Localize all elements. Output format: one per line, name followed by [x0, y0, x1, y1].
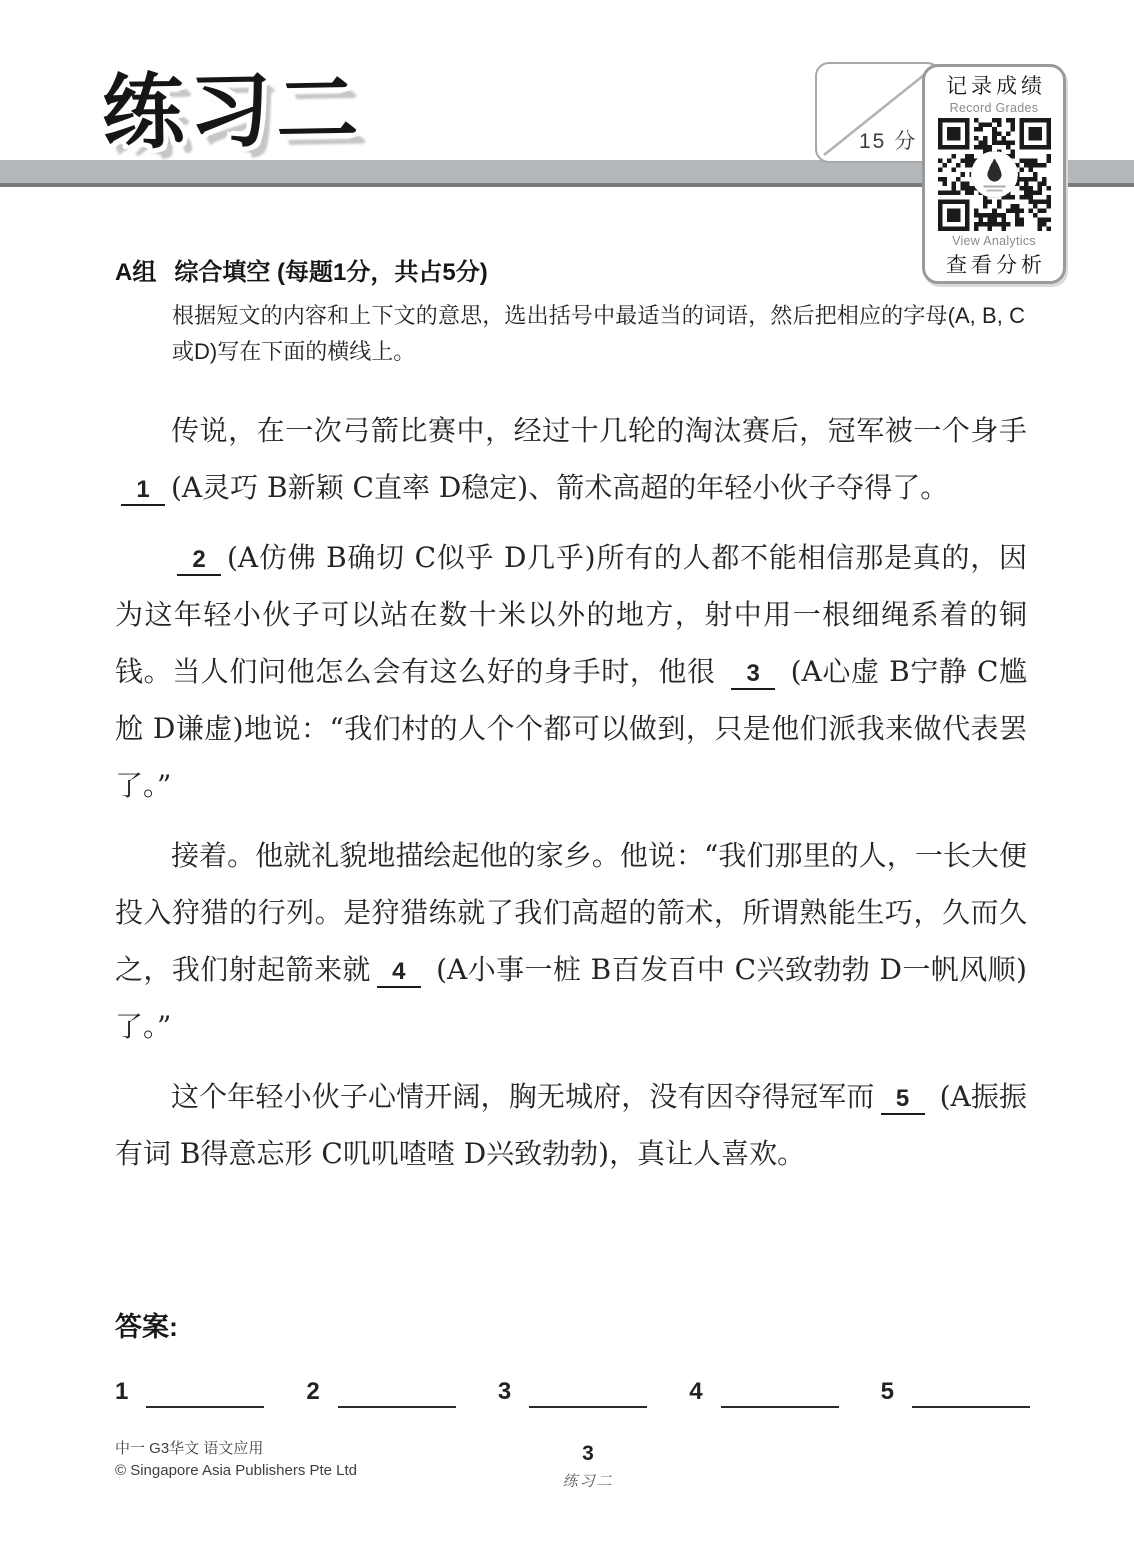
total-marks: 15 分 [859, 125, 917, 155]
answers-section: 答案: 12345 [115, 1305, 1030, 1404]
footer-center: 3 练习二 [543, 1442, 633, 1491]
answer-item-1: 1 [115, 1380, 264, 1404]
passage-paragraph: 这个年轻小伙子心情开阔，胸无城府，没有因夺得冠军而5 (A振振有词 B得意忘形 … [115, 1068, 1027, 1182]
page-number: 3 [543, 1442, 633, 1466]
answer-blank-line [912, 1404, 1030, 1408]
answer-number: 2 [306, 1380, 319, 1404]
fill-in-blank-1: 1 [121, 476, 165, 506]
qr-footer-en: View Analytics [952, 234, 1036, 248]
answer-blank-line [529, 1404, 647, 1408]
section-label: A组 [115, 252, 156, 287]
qr-code [938, 118, 1051, 231]
passage-paragraph: 接着。他就礼貌地描绘起他的家乡。他说：“我们那里的人，一长大便投入狩猎的行列。是… [115, 827, 1027, 1055]
answer-number: 4 [689, 1380, 702, 1404]
fill-in-blank-3: 3 [731, 660, 775, 690]
page-title: 练习二 [101, 44, 364, 166]
qr-footer-zh: 查看分析 [942, 249, 1046, 279]
passage-paragraph: 2(A仿佛 B确切 C似乎 D几乎)所有的人都不能相信那是真的，因为这年轻小伙子… [115, 529, 1027, 814]
answer-number: 5 [881, 1380, 894, 1404]
qr-title-zh: 记录成绩 [942, 70, 1046, 100]
passage-text: (A灵巧 B新颖 C直率 D稳定)、箭术高超的年轻小伙子夺得了。 [171, 471, 948, 504]
main-content: A组 综合填空 (每题1分，共占5分) 根据短文的内容和上下文的意思，选出括号中… [115, 252, 1027, 1195]
passage-text: 传说，在一次弓箭比赛中，经过十几轮的淘汰赛后，冠军被一个身手 [171, 414, 1027, 447]
qr-title-en: Record Grades [950, 101, 1039, 115]
worksheet-page: 练习二 15 分 记录成绩 Record Grades View Analyti… [0, 0, 1134, 1541]
section-instructions: 根据短文的内容和上下文的意思，选出括号中最适当的词语，然后把相应的字母(A, B… [172, 298, 1025, 369]
answer-item-3: 3 [498, 1380, 647, 1404]
answer-item-5: 5 [881, 1380, 1030, 1404]
answers-row: 12345 [115, 1380, 1030, 1404]
page-label: 练习二 [543, 1470, 633, 1491]
answer-number: 1 [115, 1380, 128, 1404]
fill-in-blank-5: 5 [881, 1085, 925, 1115]
passage: 传说，在一次弓箭比赛中，经过十几轮的淘汰赛后，冠军被一个身手1(A灵巧 B新颖 … [115, 402, 1027, 1182]
section-heading: 综合填空 (每题1分，共占5分) [174, 252, 487, 287]
answers-label: 答案: [115, 1305, 1030, 1344]
answer-item-4: 4 [689, 1380, 838, 1404]
passage-paragraph: 传说，在一次弓箭比赛中，经过十几轮的淘汰赛后，冠军被一个身手1(A灵巧 B新颖 … [115, 402, 1027, 516]
section-header: A组 综合填空 (每题1分，共占5分) [115, 252, 1027, 287]
qr-panel: 记录成绩 Record Grades View Analytics 查看分析 [922, 64, 1066, 284]
answer-item-2: 2 [306, 1380, 455, 1404]
answer-blank-line [721, 1404, 839, 1408]
fill-in-blank-4: 4 [377, 958, 421, 988]
fill-in-blank-2: 2 [177, 546, 221, 576]
answer-blank-line [338, 1404, 456, 1408]
passage-text: 这个年轻小伙子心情开阔，胸无城府，没有因夺得冠军而 [171, 1080, 875, 1113]
answer-number: 3 [498, 1380, 511, 1404]
page-footer: 中一 G3华文 语文应用 © Singapore Asia Publishers… [115, 1438, 1027, 1482]
answer-blank-line [146, 1404, 264, 1408]
